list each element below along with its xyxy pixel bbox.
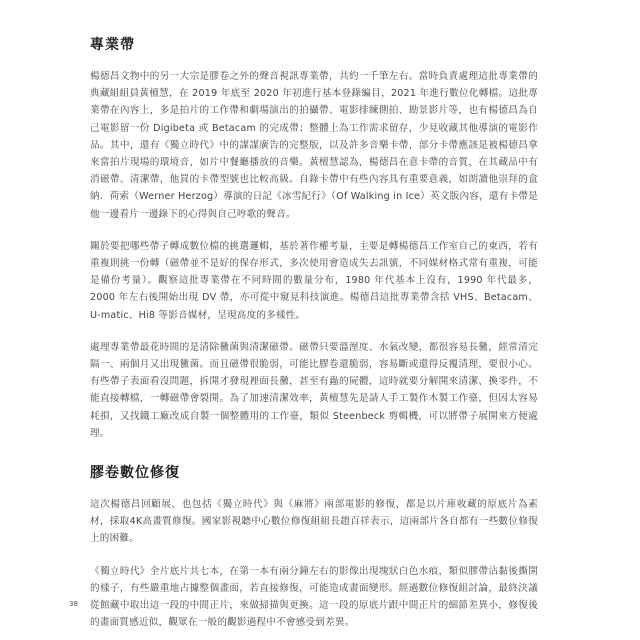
section-heading-tapes: 專業帶 xyxy=(90,34,538,54)
paragraph: 楊德昌文物中的另一大宗是膠卷之外的聲音視訊專業帶，共約一千筆左右。當時負責處理這… xyxy=(90,68,538,223)
paragraph: 這次楊德昌回顧展，也包括《獨立時代》與《麻將》兩部電影的修復，都是以片庫收藏的原… xyxy=(90,496,538,548)
page-number: 38 xyxy=(69,600,78,608)
page-content: 專業帶 楊德昌文物中的另一大宗是膠卷之外的聲音視訊專業帶，共約一千筆左右。當時負… xyxy=(90,34,538,640)
section-heading-restoration: 膠卷數位修復 xyxy=(90,462,538,482)
paragraph: 處理專業帶最花時間的是清除黴菌與清潔磁帶。磁帶只要溫溼度、水氣改變，都很容易長黴… xyxy=(90,339,538,442)
paragraph: 關於要把哪些帶子轉成數位檔的挑選邏輯，基於著作權考量，主要是轉楊德昌工作室自己的… xyxy=(90,238,538,324)
paragraph: 《獨立時代》全片底片共七本，在第一本有兩分鐘左右的影像出現塊狀白色水痕，類似膠帶… xyxy=(90,563,538,632)
